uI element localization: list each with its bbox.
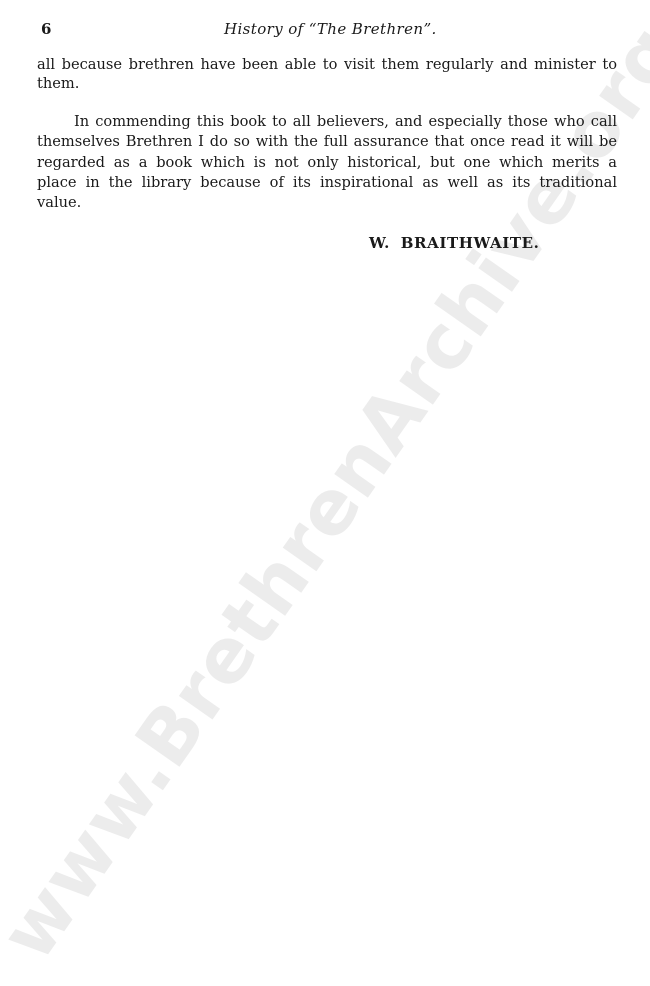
paragraph: all because brethren have been able to v…	[37, 56, 617, 93]
book-page: 6 History of “The Brethren”. all because…	[0, 0, 650, 986]
running-title: History of “The Brethren”.	[224, 19, 437, 39]
body-text: all because brethren have been able to v…	[37, 56, 617, 213]
paragraph: In commending this book to all believers…	[37, 112, 617, 213]
running-head: 6 History of “The Brethren”.	[38, 19, 618, 39]
page-number: 6	[41, 19, 51, 39]
signature: W. BRAITHWAITE.	[369, 232, 539, 254]
